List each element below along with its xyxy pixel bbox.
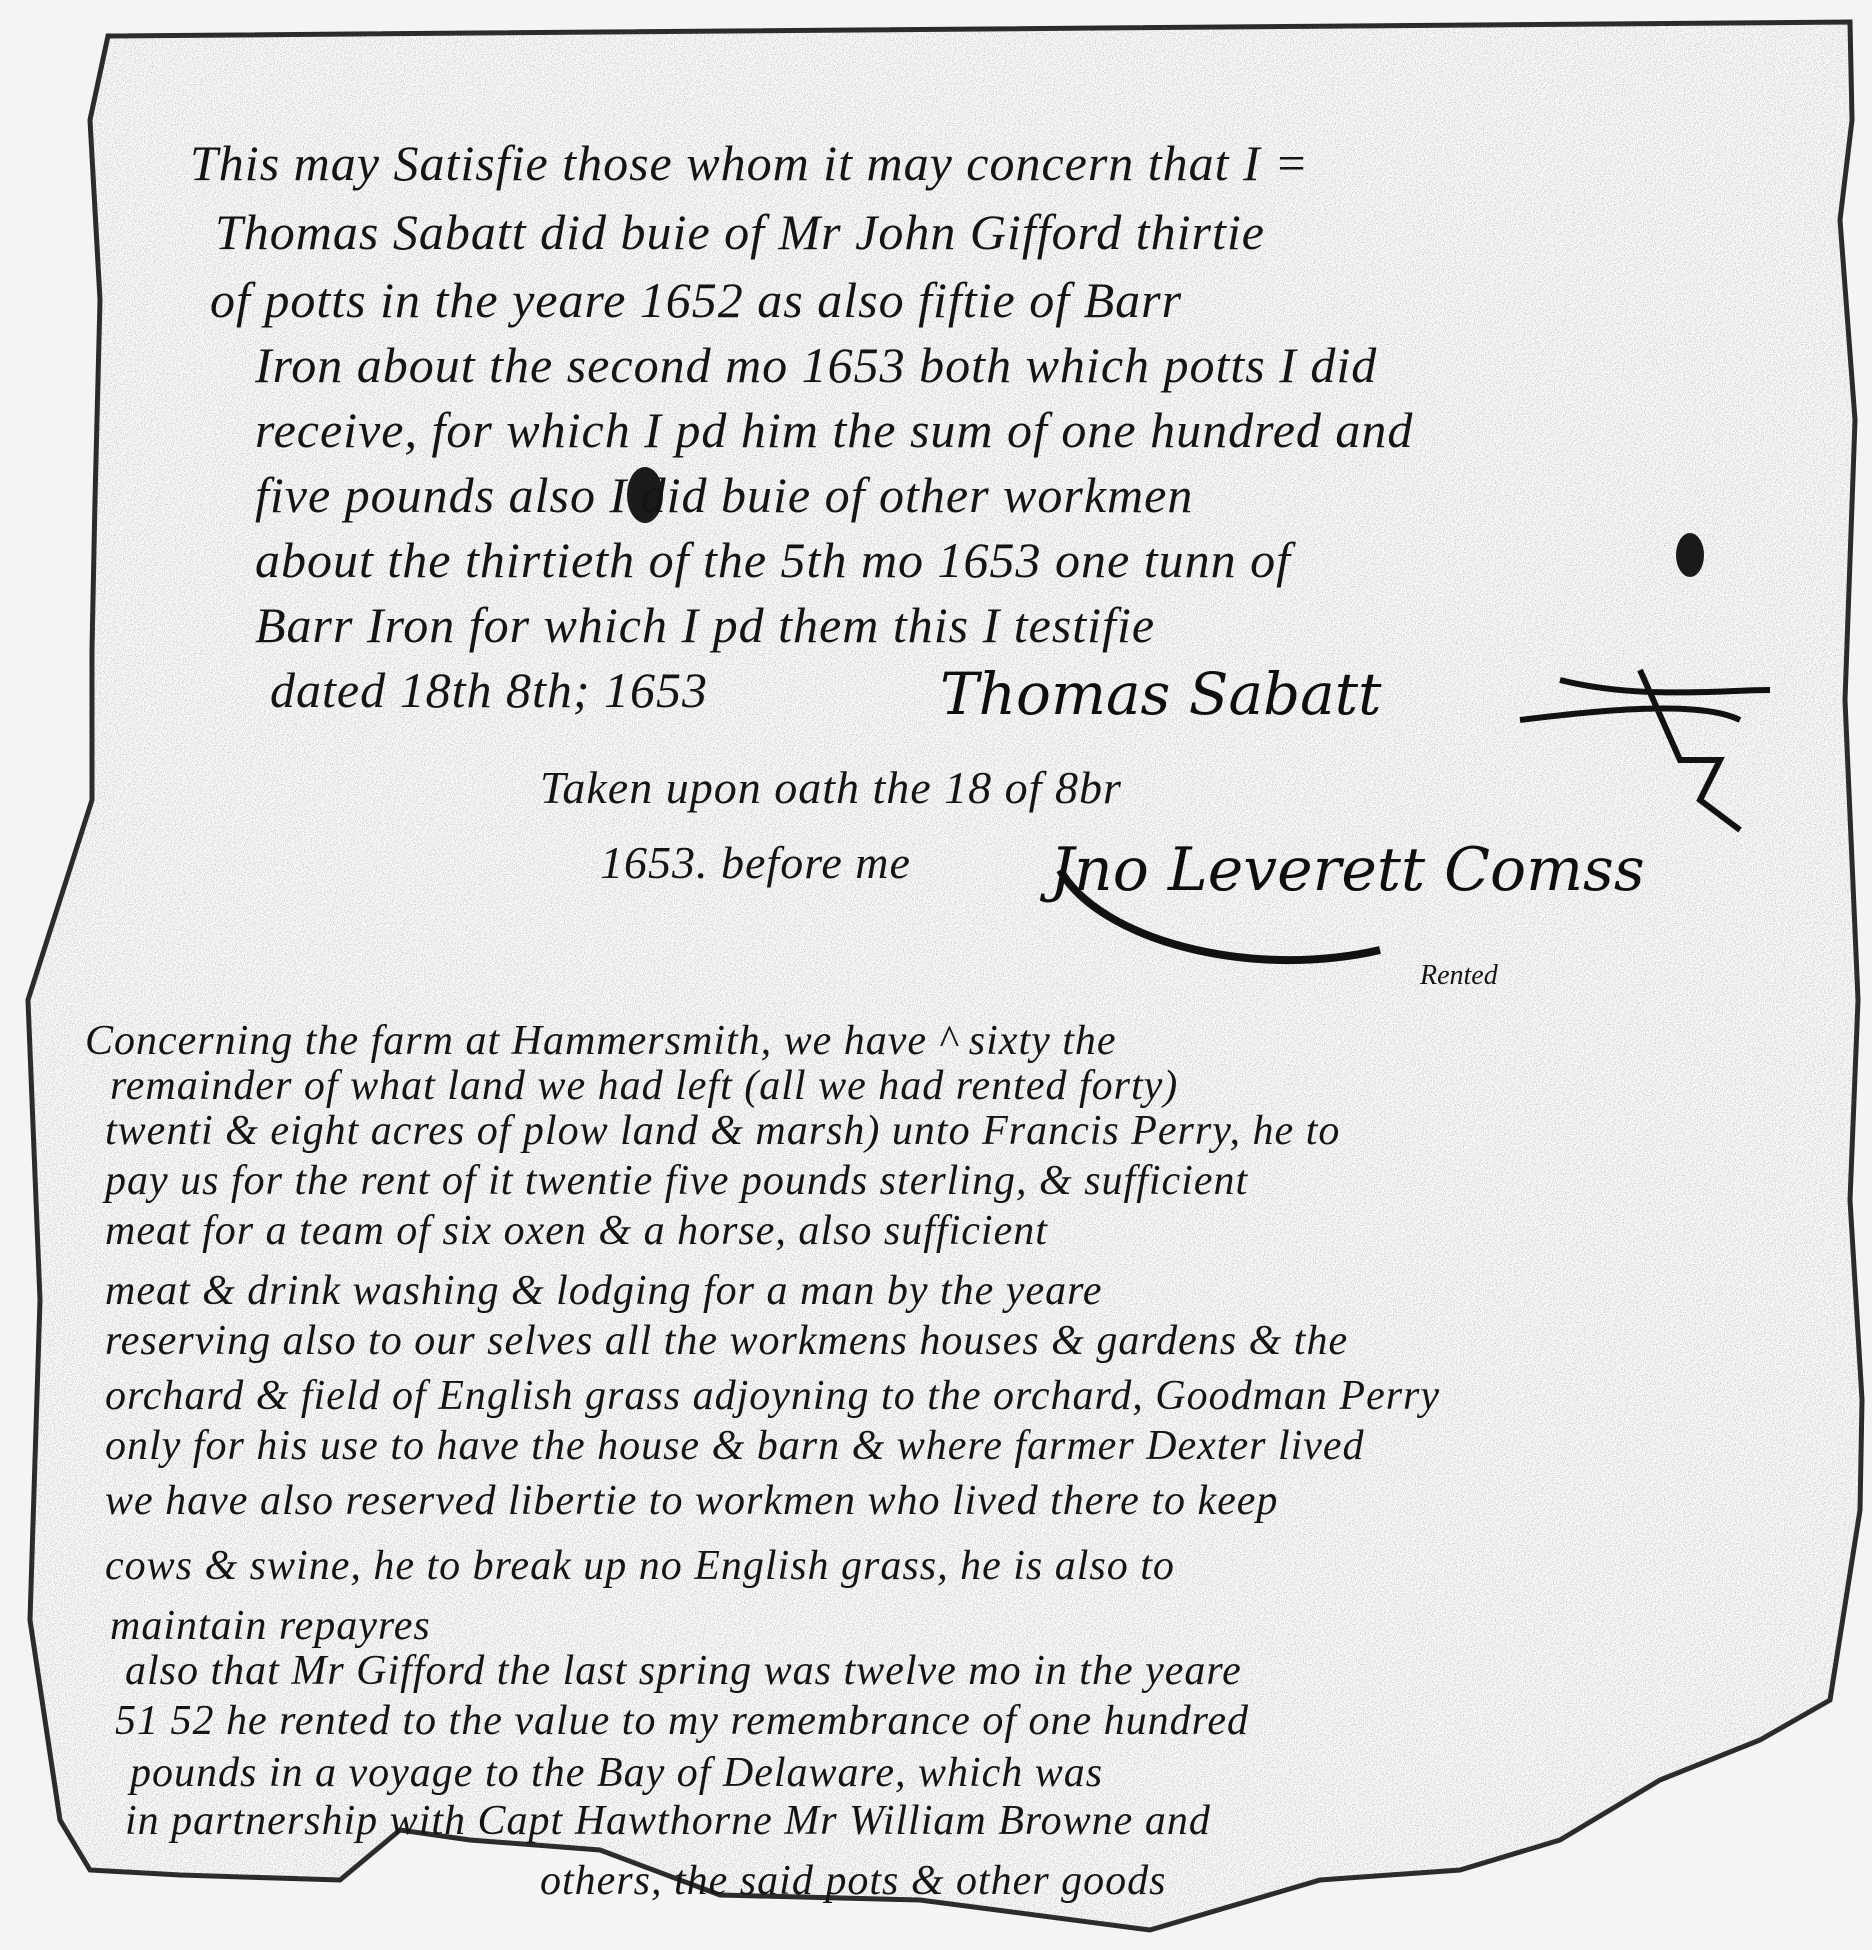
memo-line-16: in partnership with Capt Hawthorne Mr Wi…: [125, 1800, 1211, 1842]
commissioner-signature: Jno Leverett Comss: [1050, 835, 1645, 905]
deposition-dated-line: dated 18th 8th; 1653: [270, 665, 708, 715]
deposition-line-6: five pounds also I did buie of other wor…: [255, 470, 1193, 520]
oath-line-2: 1653. before me: [600, 840, 911, 886]
memo-line-6: meat & drink washing & lodging for a man…: [105, 1270, 1103, 1312]
deposition-line-3: of potts in the yeare 1652 as also fifti…: [210, 275, 1182, 325]
deposition-line-8: Barr Iron for which I pd them this I tes…: [255, 600, 1155, 650]
memo-line-5: meat for a team of six oxen & a horse, a…: [105, 1210, 1048, 1252]
deposition-line-4: Iron about the second mo 1653 both which…: [255, 340, 1377, 390]
deposition-line-5: receive, for which I pd him the sum of o…: [255, 405, 1413, 455]
memo-line-1: Concerning the farm at Hammersmith, we h…: [85, 1020, 1117, 1062]
oath-line-1: Taken upon oath the 18 of 8br: [540, 765, 1122, 811]
insertion-rented: Rented: [1420, 960, 1498, 992]
memo-line-12: maintain repayres: [110, 1605, 431, 1647]
memo-line-11: cows & swine, he to break up no English …: [105, 1545, 1175, 1587]
memo-line-2: remainder of what land we had left (all …: [110, 1065, 1178, 1107]
depositor-signature: Thomas Sabatt: [940, 660, 1381, 728]
memo-line-4: pay us for the rent of it twentie five p…: [105, 1160, 1248, 1202]
deposition-line-2: Thomas Sabatt did buie of Mr John Giffor…: [215, 207, 1265, 257]
memo-line-3: twenti & eight acres of plow land & mars…: [105, 1110, 1340, 1152]
memo-line-13: also that Mr Gifford the last spring was…: [125, 1650, 1242, 1692]
memo-line-8: orchard & field of English grass adjoyni…: [105, 1375, 1440, 1417]
deposition-line-1: This may Satisfie those whom it may conc…: [190, 138, 1309, 188]
memo-line-14: 51 52 he rented to the value to my remem…: [115, 1700, 1249, 1742]
memo-line-9: only for his use to have the house & bar…: [105, 1425, 1365, 1467]
deposition-line-7: about the thirtieth of the 5th mo 1653 o…: [255, 535, 1291, 585]
memo-line-15: pounds in a voyage to the Bay of Delawar…: [130, 1752, 1103, 1794]
memo-line-10: we have also reserved libertie to workme…: [105, 1480, 1278, 1522]
memo-line-7: reserving also to our selves all the wor…: [105, 1320, 1348, 1362]
memo-line-17: others, the said pots & other goods: [540, 1860, 1167, 1902]
